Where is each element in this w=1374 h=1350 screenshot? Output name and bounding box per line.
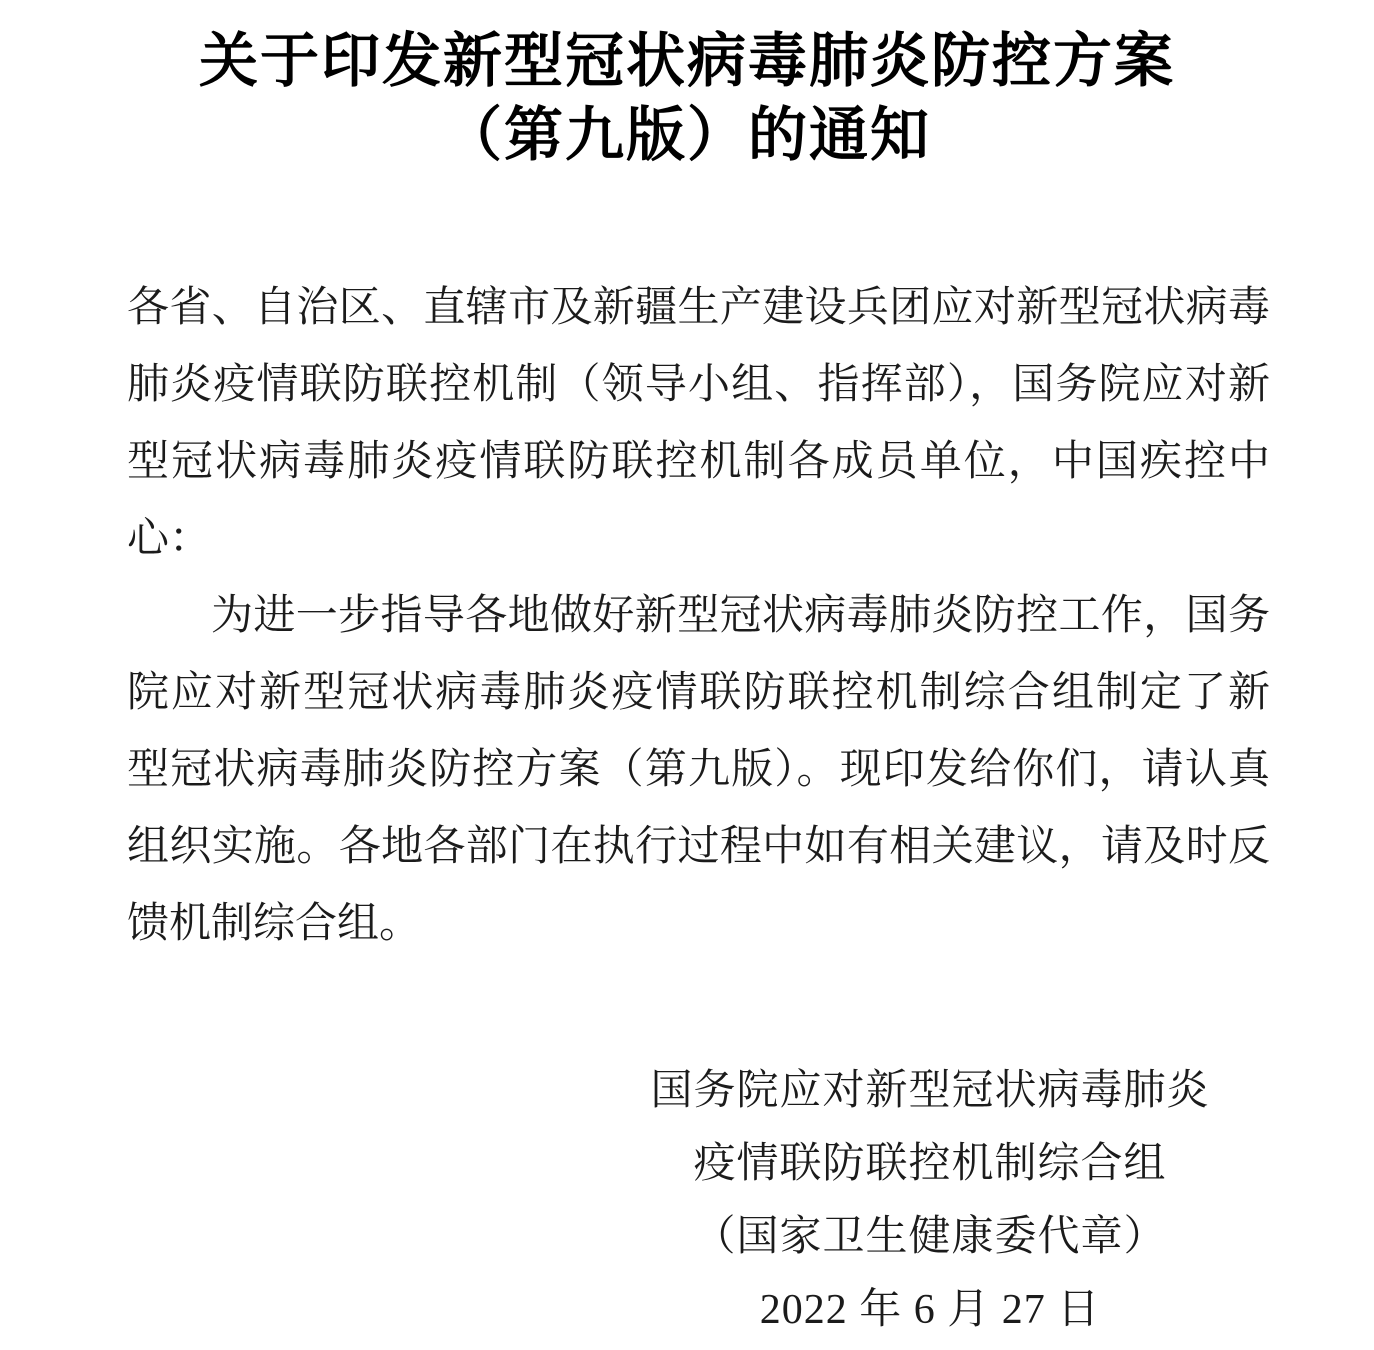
body-line: 各省、自治区、直辖市及新疆生产建设兵团应对新型冠状病毒 (127, 270, 1270, 347)
body-line: 院应对新型冠状病毒肺炎疫情联防联控机制综合组制定了新 (127, 655, 1270, 732)
body-line: 馈机制综合组。 (127, 886, 1270, 963)
document-title-line: （第九版）的通知 (0, 98, 1374, 172)
document-body: 各省、自治区、直辖市及新疆生产建设兵团应对新型冠状病毒肺炎疫情联防联控机制（领导… (127, 270, 1270, 963)
signature-line: （国家卫生健康委代章） (650, 1201, 1210, 1274)
body-paragraph: 各省、自治区、直辖市及新疆生产建设兵团应对新型冠状病毒肺炎疫情联防联控机制（领导… (127, 270, 1270, 578)
body-line: 型冠状病毒肺炎疫情联防联控机制各成员单位，中国疾控中 (127, 424, 1270, 501)
document-page: 关于印发新型冠状病毒肺炎防控方案（第九版）的通知 各省、自治区、直辖市及新疆生产… (0, 0, 1374, 1350)
document-title-line: 关于印发新型冠状病毒肺炎防控方案 (0, 24, 1374, 98)
signature-line: 疫情联防联控机制综合组 (650, 1128, 1210, 1201)
body-line: 为进一步指导各地做好新型冠状病毒肺炎防控工作，国务 (127, 578, 1270, 655)
document-title: 关于印发新型冠状病毒肺炎防控方案（第九版）的通知 (0, 0, 1374, 172)
body-line: 型冠状病毒肺炎防控方案（第九版）。现印发给你们，请认真 (127, 732, 1270, 809)
body-line: 肺炎疫情联防联控机制（领导小组、指挥部），国务院应对新 (127, 347, 1270, 424)
signature-lines: 国务院应对新型冠状病毒肺炎疫情联防联控机制综合组（国家卫生健康委代章） (650, 1055, 1210, 1274)
signature-line: 国务院应对新型冠状病毒肺炎 (650, 1055, 1210, 1128)
body-line: 组织实施。各地各部门在执行过程中如有相关建议，请及时反 (127, 809, 1270, 886)
signature-block: 国务院应对新型冠状病毒肺炎疫情联防联控机制综合组（国家卫生健康委代章） 2022… (650, 1055, 1210, 1347)
body-line: 心： (127, 501, 1270, 578)
body-paragraph: 为进一步指导各地做好新型冠状病毒肺炎防控工作，国务院应对新型冠状病毒肺炎疫情联防… (127, 578, 1270, 963)
signature-date: 2022 年 6 月 27 日 (650, 1274, 1210, 1347)
